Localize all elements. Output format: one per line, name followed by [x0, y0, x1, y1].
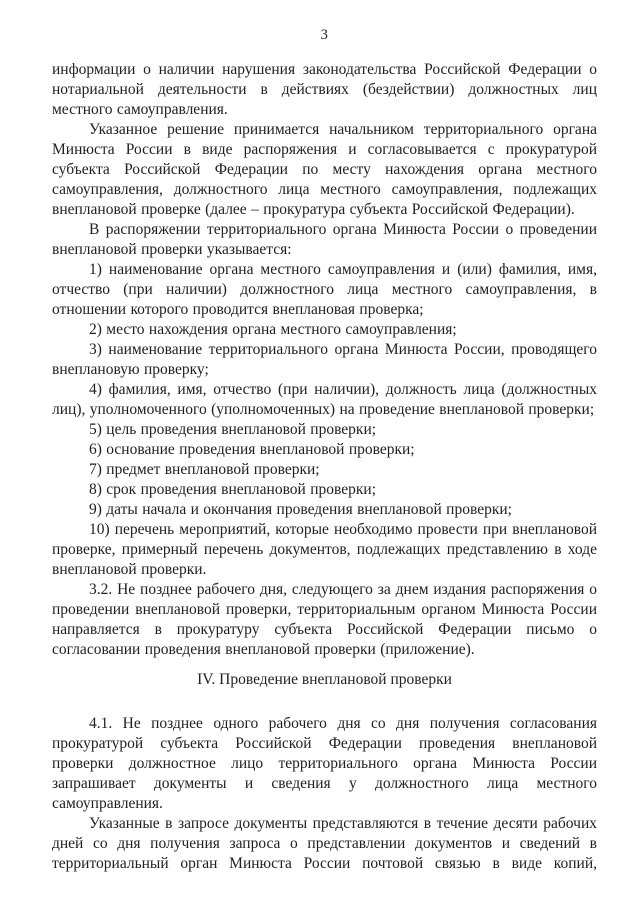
paragraph: Указанное решение принимается начальнико…	[52, 120, 597, 220]
page-number: 3	[52, 26, 597, 44]
paragraph: информации о наличии нарушения законодат…	[52, 60, 597, 120]
list-item: 8) срок проведения внеплановой проверки;	[52, 480, 597, 500]
list-item: 7) предмет внеплановой проверки;	[52, 460, 597, 480]
paragraph: 3.2. Не позднее рабочего дня, следующего…	[52, 580, 597, 660]
list-item: 2) место нахождения органа местного само…	[52, 320, 597, 340]
list-item: 6) основание проведения внеплановой пров…	[52, 440, 597, 460]
paragraph: 4.1. Не позднее одного рабочего дня со д…	[52, 714, 597, 814]
list-item: 4) фамилия, имя, отчество (при наличии),…	[52, 380, 597, 420]
list-item: 1) наименование органа местного самоупра…	[52, 260, 597, 320]
document-page: 3 информации о наличии нарушения законод…	[0, 0, 640, 905]
list-item: 3) наименование территориального органа …	[52, 340, 597, 380]
paragraph: Указанные в запросе документы представля…	[52, 814, 597, 874]
list-item: 9) даты начала и окончания проведения вн…	[52, 500, 597, 520]
list-item: 10) перечень мероприятий, которые необхо…	[52, 520, 597, 580]
document-body: информации о наличии нарушения законодат…	[52, 60, 597, 874]
paragraph: В распоряжении территориального органа М…	[52, 220, 597, 260]
section-heading: IV. Проведение внеплановой проверки	[52, 670, 597, 690]
list-item: 5) цель проведения внеплановой проверки;	[52, 420, 597, 440]
